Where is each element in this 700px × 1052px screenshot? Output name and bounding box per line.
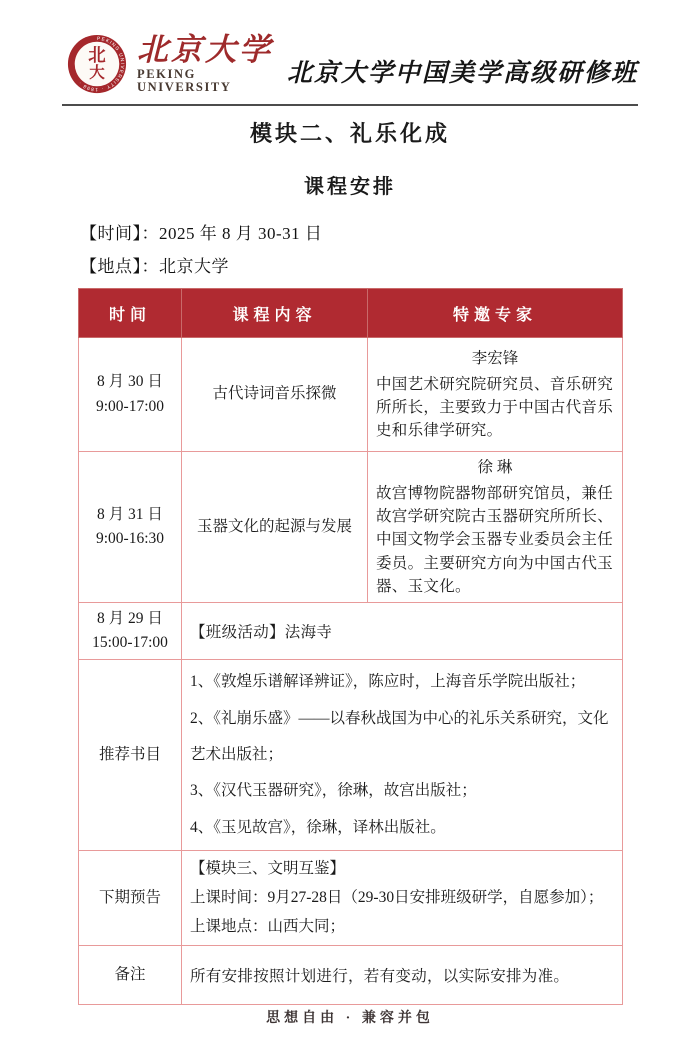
meta-time: 【时间】：2025 年 8 月 30-31 日 [80, 219, 322, 244]
time-text: 9:00-16:30 [87, 527, 173, 551]
row-label-cell: 备注 [79, 946, 182, 1005]
document-page: PEKING UNIVERSITY · 1898 · 北 大 北京大学 PEKI… [0, 0, 700, 1052]
masthead: PEKING UNIVERSITY · 1898 · 北 大 北京大学 PEKI… [66, 28, 638, 100]
time-text: 9:00-17:00 [87, 395, 173, 419]
expert-name: 李宏锋 [376, 347, 614, 372]
header-cell-expert: 特邀专家 [368, 289, 623, 338]
expert-bio: 故宫博物院器物部研究馆员，兼任故宫学研究院古玉器研究所所长、中国文物学会玉器专业… [376, 482, 614, 598]
page-title: 模块二、礼乐化成 [0, 117, 700, 148]
brand-text: 北京大学 PEKING UNIVERSITY [137, 34, 287, 95]
university-name-cn: 北京大学 [137, 34, 287, 67]
expert-cell: 徐 琳 故宫博物院器物部研究馆员，兼任故宫学研究院古玉器研究所所长、中国文物学会… [368, 452, 623, 603]
seal-char-top: 北 [88, 45, 106, 65]
pku-seal-logo: PEKING UNIVERSITY · 1898 · 北 大 [66, 33, 128, 95]
date-text: 8 月 31 日 [87, 503, 173, 527]
header-cell-time: 时间 [79, 289, 182, 338]
book-item: 1、《敦煌乐谱解译辨证》，陈应时，上海音乐学院出版社； [190, 664, 614, 700]
expert-name: 徐 琳 [376, 456, 614, 481]
meta-place: 【地点】：北京大学 [80, 252, 229, 277]
table-row: 8 月 29 日 15:00-17:00 【班级活动】法海寺 [79, 603, 623, 660]
table-row: 8 月 31 日 9:00-16:30 玉器文化的起源与发展 徐 琳 故宫博物院… [79, 452, 623, 603]
university-name-en: PEKING UNIVERSITY [137, 68, 287, 94]
schedule-table: 时间 课程内容 特邀专家 8 月 30 日 9:00-17:00 古代诗词音乐探… [78, 288, 623, 1005]
time-cell: 8 月 29 日 15:00-17:00 [79, 603, 182, 660]
book-item: 4、《玉见故宫》，徐琳，译林出版社。 [190, 810, 614, 846]
header-divider [62, 104, 638, 106]
activity-cell: 【班级活动】法海寺 [182, 603, 623, 660]
header-cell-course: 课程内容 [182, 289, 368, 338]
book-item: 2、《礼崩乐盛》——以春秋战国为中心的礼乐关系研究，文化艺术出版社； [190, 701, 614, 774]
pku-brand: PEKING UNIVERSITY · 1898 · 北 大 北京大学 PEKI… [66, 33, 287, 95]
time-cell: 8 月 31 日 9:00-16:30 [79, 452, 182, 603]
table-row: 8 月 30 日 9:00-17:00 古代诗词音乐探微 李宏锋 中国艺术研究院… [79, 338, 623, 452]
time-text: 15:00-17:00 [87, 631, 173, 655]
note-cell: 所有安排按照计划进行，若有变动，以实际安排为准。 [182, 946, 623, 1005]
next-module-place: 上课地点：山西大同； [190, 913, 614, 942]
table-row: 下期预告 【模块三、文明互鉴】 上课时间：9月27-28日（29-30日安排班级… [79, 851, 623, 946]
date-text: 8 月 29 日 [87, 607, 173, 631]
table-row: 推荐书目 1、《敦煌乐谱解译辨证》，陈应时，上海音乐学院出版社； 2、《礼崩乐盛… [79, 660, 623, 851]
row-label-cell: 下期预告 [79, 851, 182, 946]
next-module-time: 上课时间：9月27-28日（29-30日安排班级研学，自愿参加）； [190, 884, 614, 913]
date-text: 8 月 30 日 [87, 370, 173, 394]
book-item: 3、《汉代玉器研究》，徐琳，故宫出版社； [190, 773, 614, 809]
table-row: 备注 所有安排按照计划进行，若有变动，以实际安排为准。 [79, 946, 623, 1005]
expert-cell: 李宏锋 中国艺术研究院研究员、音乐研究所所长，主要致力于中国古代音乐史和乐律学研… [368, 338, 623, 452]
page-subtitle: 课程安排 [0, 170, 700, 199]
next-module-title: 【模块三、文明互鉴】 [190, 855, 614, 884]
footer-motto: 思想自由 · 兼容并包 [0, 1007, 700, 1027]
time-cell: 8 月 30 日 9:00-17:00 [79, 338, 182, 452]
seal-char-bottom: 大 [89, 64, 105, 82]
row-label-cell: 推荐书目 [79, 660, 182, 851]
course-cell: 古代诗词音乐探微 [182, 338, 368, 452]
program-title-calligraphy: 北京大学中国美学高级研修班 [287, 39, 638, 89]
next-module-cell: 【模块三、文明互鉴】 上课时间：9月27-28日（29-30日安排班级研学，自愿… [182, 851, 623, 946]
books-cell: 1、《敦煌乐谱解译辨证》，陈应时，上海音乐学院出版社； 2、《礼崩乐盛》——以春… [182, 660, 623, 851]
course-cell: 玉器文化的起源与发展 [182, 452, 368, 603]
table-header-row: 时间 课程内容 特邀专家 [79, 289, 623, 338]
expert-bio: 中国艺术研究院研究员、音乐研究所所长，主要致力于中国古代音乐史和乐律学研究。 [376, 373, 614, 443]
